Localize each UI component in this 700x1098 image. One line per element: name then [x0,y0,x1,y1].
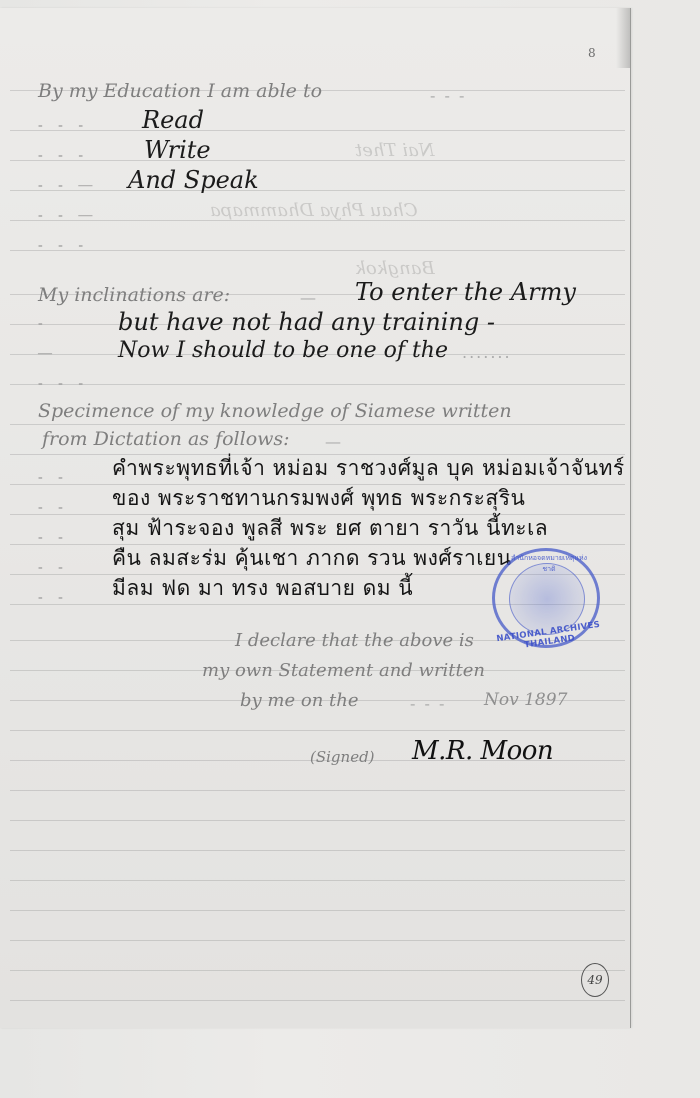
ruled-line [10,424,625,425]
thai-dictation-line: ของ พระราชทานกรมพงศ์ พุทธ พระกระสุริน [112,482,525,515]
ruled-line [10,820,625,821]
page-number-text: 49 [587,973,602,987]
ruled-line [10,160,625,161]
thai-dictation-line: สุม ฟ้าระจอง พูลสี พระ ยศ ตายา ราวัน นี้… [112,512,548,545]
ruled-line [10,940,625,941]
bleed-through-text: Nai Thet [355,140,434,161]
national-archives-stamp: สำนักหอจดหมายเหตุแห่งชาติ NATIONAL ARCHI… [492,548,600,648]
education-label: By my Education I am able to [38,80,322,102]
inclinations-label: My inclinations are: [38,284,230,306]
dash-fill: — [38,346,58,362]
corner-mark: 8 [588,46,596,60]
specimen-label: Specimence of my knowledge of Siamese wr… [38,400,512,422]
thai-dictation-line: มีลม ฟด มา ทรง พอสบาย ดม นี้ [112,572,413,605]
dash-fill: - - [38,530,69,546]
document-page: 8 Nai Thet Chau Phya Dhammapa Bangkok By… [0,8,631,1028]
ruled-line [10,190,625,191]
declaration-line-1: I declare that the above is [235,630,474,651]
dash-fill: - - — [38,208,98,224]
dash-fill: - - — [38,178,98,194]
inclination-line-2: but have not had any training - [118,308,495,336]
ruled-line [10,384,625,385]
ruled-line [10,130,625,131]
ruled-line [10,880,625,881]
dash-fill: — [325,432,343,451]
bleed-through-text: Chau Phya Dhammapa [210,200,418,221]
declaration-line-3: by me on the [240,690,359,711]
declaration-line-2: my own Statement and written [202,660,485,681]
ability-write: Write [144,136,211,164]
ruled-line [10,250,625,251]
dash-fill: - - - [38,238,89,254]
dash-fill: - - [38,560,69,576]
ruled-line [10,730,625,731]
dash-fill: - - - [430,86,466,105]
bleed-through-text: Bangkok [355,258,435,279]
dash-fill: - [38,316,49,332]
dash-fill: - - - [38,376,89,392]
ruled-line [10,970,625,971]
ruled-line [10,790,625,791]
declaration-date: Nov 1897 [484,690,567,710]
ability-read: Read [142,106,204,134]
dash-fill: - - - [38,118,89,134]
thai-dictation-line: คำพระพุทธที่เจ้า หม่อม ราชวงศ์มูล บุค หม… [112,452,625,485]
ruled-line [10,910,625,911]
dash-fill: - - [38,470,69,486]
ruled-line [10,1000,625,1001]
ability-speak: And Speak [128,166,259,194]
specimen-label-2: from Dictation as follows: [42,428,290,450]
signature: M.R. Moon [412,736,553,766]
dash-fill: - - - [410,694,446,713]
inclination-line-3: Now I should to be one of the [118,338,448,363]
thai-dictation-line: คืน ลมสะร่ม คุ้นเชา ภากด รวน พงศ์ราเยน [112,542,512,575]
page-number: 49 [581,963,609,997]
dash-fill: ....... [462,343,512,362]
dash-fill: - - [38,500,69,516]
dash-fill: - - - [38,148,89,164]
dash-fill: - - [38,590,69,606]
signed-label: (Signed) [310,748,375,766]
dash-fill: — [300,288,318,307]
inclination-line-1: To enter the Army [355,278,576,306]
ruled-line [10,850,625,851]
